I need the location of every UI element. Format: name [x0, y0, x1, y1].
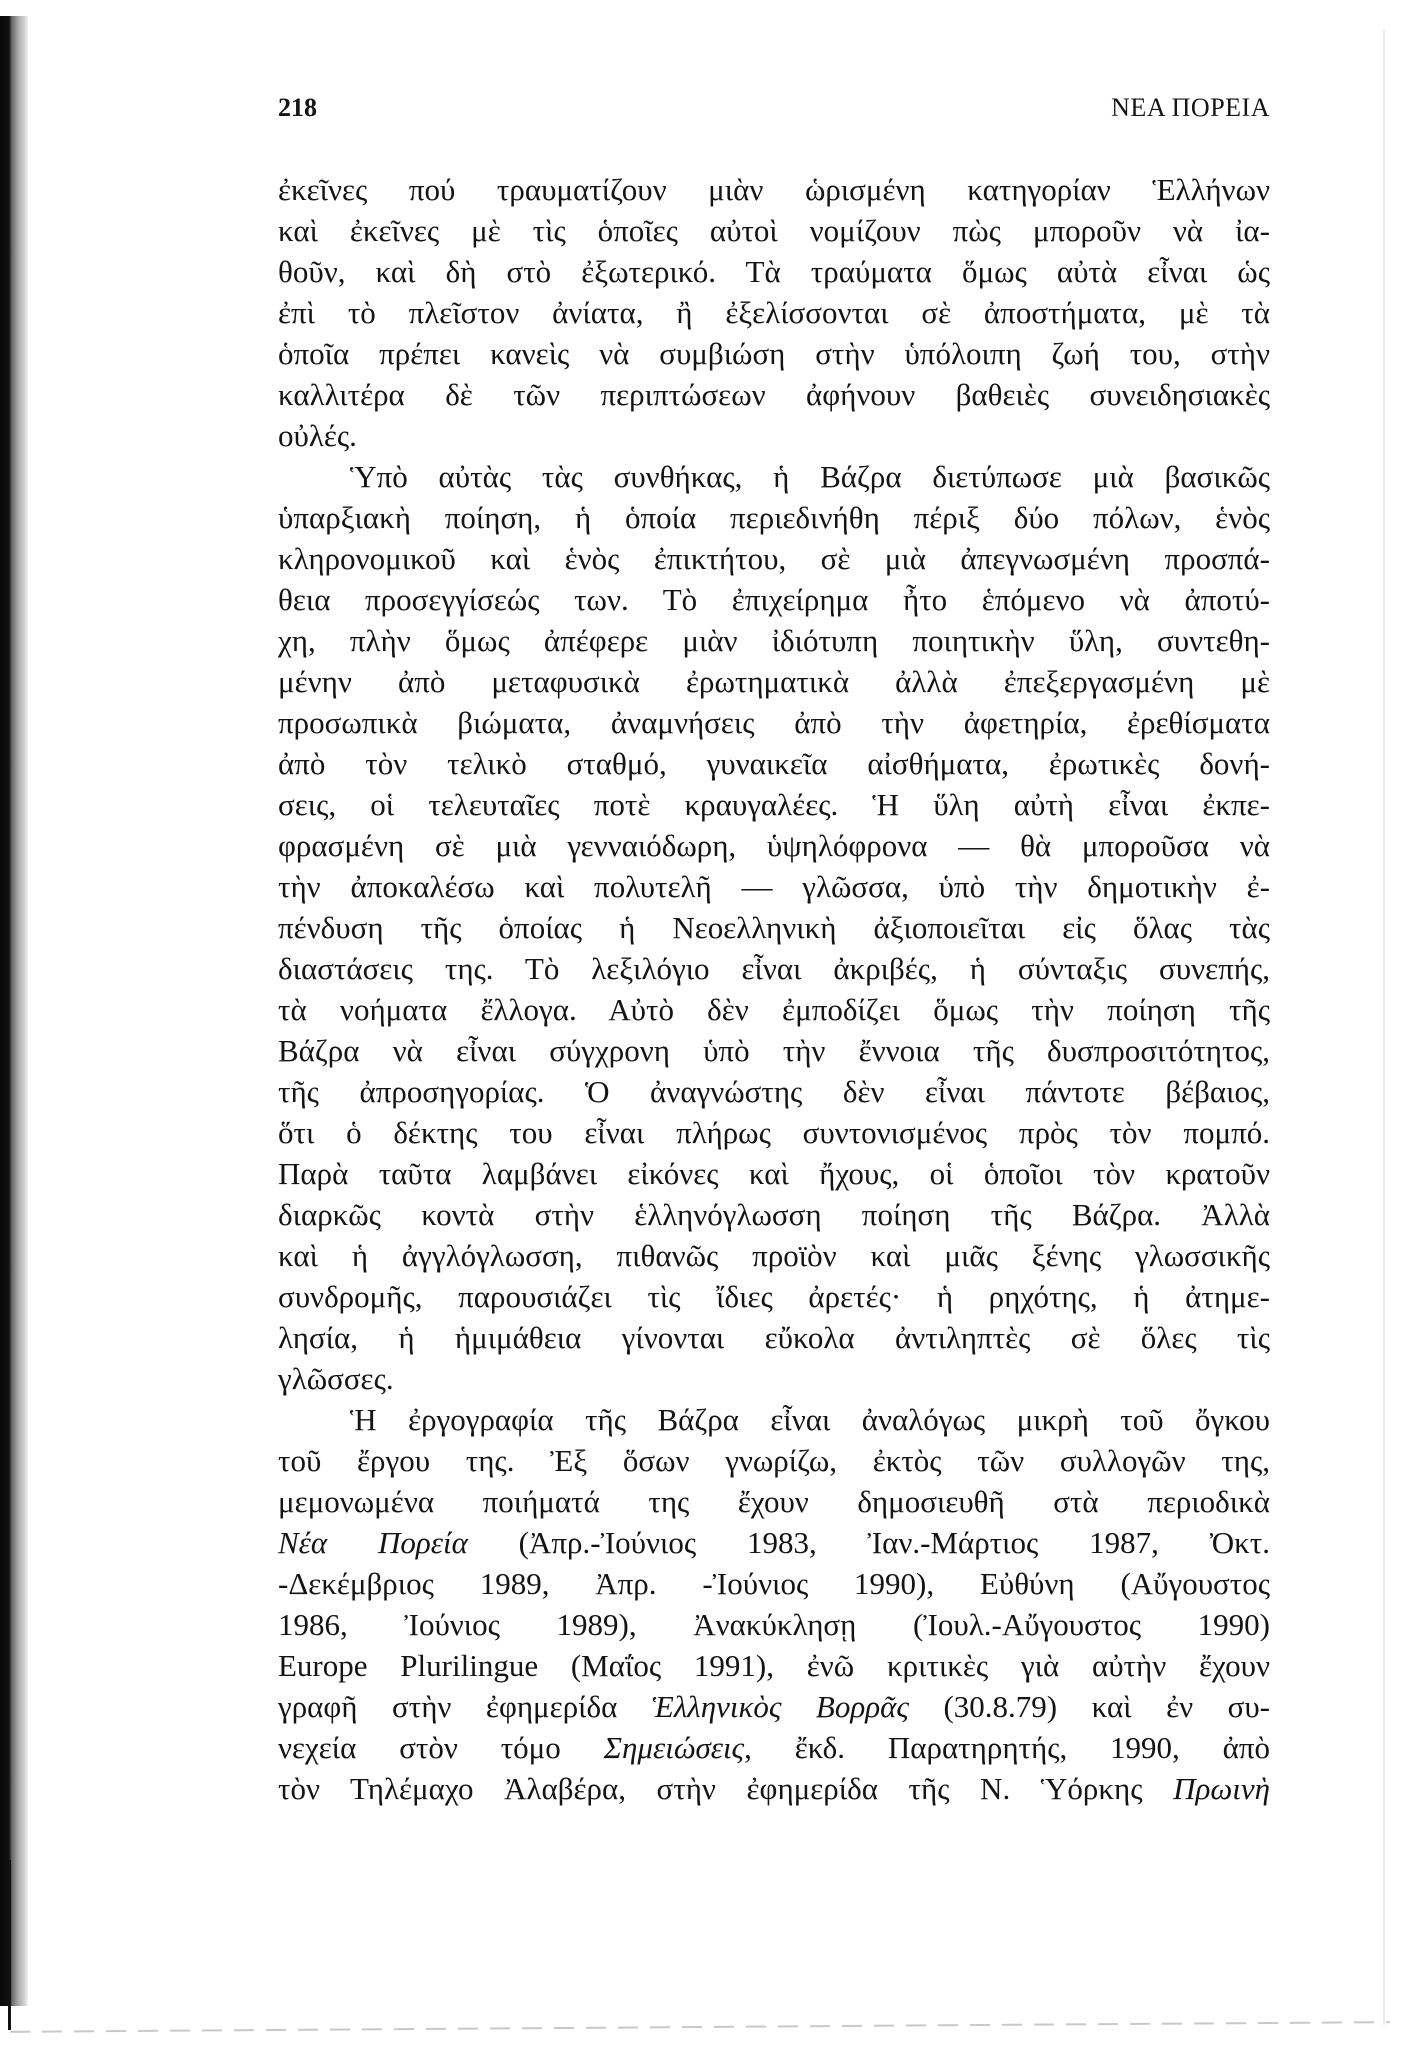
text-line: Παρὰ ταῦτα λαμβάνει εἰκόνες καὶ ἤχους, ο… — [278, 1153, 1270, 1194]
text-line: Βάζρα νὰ εἶναι σύγχρονη ὑπὸ τὴν ἔννοια τ… — [278, 1030, 1270, 1071]
text-line: Ἡ ἐργογραφία τῆς Βάζρα εἶναι ἀναλόγως μι… — [278, 1399, 1270, 1440]
text-line: ὑπαρξιακὴ ποίηση, ἡ ὁποία περιεδινήθη πέ… — [278, 497, 1270, 538]
scan-binding-edge — [8, 1860, 11, 2030]
text-line: διαστάσεις της. Τὸ λεξιλόγιο εἶναι ἀκριβ… — [278, 948, 1270, 989]
scan-top-margin — [0, 0, 1408, 16]
text-line: νεχεία στὸν τόμο Σημειώσεις, ἔκδ. Παρατη… — [278, 1727, 1270, 1768]
text-line: τὴν ἀποκαλέσω καὶ πολυτελῆ — γλῶσσα, ὑπὸ… — [278, 866, 1270, 907]
text-line: τὰ νοήματα ἔλλογα. Αὐτὸ δὲν ἐμποδίζει ὅμ… — [278, 989, 1270, 1030]
text-line: Ὑπὸ αὐτὰς τὰς συνθήκας, ἡ Βάζρα διετύπωσ… — [278, 456, 1270, 497]
text-line: προσωπικὰ βιώματα, ἀναμνήσεις ἀπὸ τὴν ἀφ… — [278, 702, 1270, 743]
text-line: ἀπὸ τὸν τελικὸ σταθμό, γυναικεῖα αἰσθήμα… — [278, 743, 1270, 784]
italic-title: Πρωινὴ — [1173, 1771, 1270, 1806]
text-line: σεις, οἱ τελευταῖες ποτὲ κραυγαλέες. Ἡ ὕ… — [278, 784, 1270, 825]
text-line: χη, πλὴν ὅμως ἀπέφερε μιὰν ἰδιότυπη ποιη… — [278, 620, 1270, 661]
italic-title: Ἑλληνικὸς Βορρᾶς — [652, 1689, 909, 1724]
text-line: γραφῆ στὴν ἐφημερίδα Ἑλληνικὸς Βορρᾶς (3… — [278, 1686, 1270, 1727]
text-line: ἐπὶ τὸ πλεῖστον ἀνίατα, ἢ ἐξελίσσονται σ… — [278, 292, 1270, 333]
text-line: καὶ ἡ ἀγγλόγλωσση, πιθανῶς προϊὸν καὶ μι… — [278, 1235, 1270, 1276]
italic-title: Σημειώσεις — [604, 1730, 745, 1765]
text-line: 1986, Ἰούνιος 1989), Ἀνακύκλησῃ (Ἰουλ.-Α… — [278, 1604, 1270, 1645]
italic-title: Νέα Πορεία — [278, 1525, 468, 1560]
running-head: 218 ΝΕΑ ΠΟΡΕΙΑ — [278, 88, 1270, 128]
text-line: κληρονομικοῦ καὶ ἑνὸς ἐπικτήτου, σὲ μιὰ … — [278, 538, 1270, 579]
text-line: γλῶσσες. — [278, 1358, 1270, 1399]
scan-page-edge-right — [1383, 30, 1385, 2025]
running-title: ΝΕΑ ΠΟΡΕΙΑ — [1111, 88, 1270, 128]
text-line: θεια προσεγγίσεώς των. Τὸ ἐπιχείρημα ἦτο… — [278, 579, 1270, 620]
text-line: τοῦ ἔργου της. Ἐξ ὅσων γνωρίζω, ἐκτὸς τῶ… — [278, 1440, 1270, 1481]
text-line: συνδρομῆς, παρουσιάζει τὶς ἴδιες ἀρετές·… — [278, 1276, 1270, 1317]
text-line: οὐλές. — [278, 415, 1270, 456]
scan-page-edge-bottom — [10, 2021, 1390, 2033]
body-text: ἐκεῖνες πού τραυματίζουν μιὰν ὡρισμένη κ… — [278, 169, 1270, 1809]
page-number: 218 — [278, 88, 317, 128]
text-line: λησία, ἡ ἡμιμάθεια γίνονται εὔκολα ἀντιλ… — [278, 1317, 1270, 1358]
text-line: καλλιτέρα δὲ τῶν περιπτώσεων ἀφήνουν βαθ… — [278, 374, 1270, 415]
text-line: τῆς ἀπροσηγορίας. Ὁ ἀναγνώστης δὲν εἶναι… — [278, 1071, 1270, 1112]
text-line: ὅτι ὁ δέκτης του εἶναι πλήρως συντονισμέ… — [278, 1112, 1270, 1153]
text-line: Europe Plurilingue (Μαΐος 1991), ἐνῶ κρι… — [278, 1645, 1270, 1686]
text-line: πένδυση τῆς ὁποίας ἡ Νεοελληνικὴ ἀξιοποι… — [278, 907, 1270, 948]
text-line: Νέα Πορεία (Ἀπρ.-Ἰούνιος 1983, Ἰαν.-Μάρτ… — [278, 1522, 1270, 1563]
text-line: τὸν Τηλέμαχο Ἀλαβέρα, στὴν ἐφημερίδα τῆς… — [278, 1768, 1270, 1809]
scan-binding-shadow — [0, 16, 28, 2006]
text-line: ὁποῖα πρέπει κανεὶς νὰ συμβιώση στὴν ὑπό… — [278, 333, 1270, 374]
text-line: -Δεκέμβριος 1989, Ἀπρ. -Ἰούνιος 1990), Ε… — [278, 1563, 1270, 1604]
text-line: μένην ἀπὸ μεταφυσικὰ ἐρωτηματικὰ ἀλλὰ ἐπ… — [278, 661, 1270, 702]
text-line: διαρκῶς κοντὰ στὴν ἑλληνόγλωσση ποίηση τ… — [278, 1194, 1270, 1235]
text-line: θοῦν, καὶ δὴ στὸ ἐξωτερικό. Τὰ τραύματα … — [278, 251, 1270, 292]
text-line: φρασμένη σὲ μιὰ γενναιόδωρη, ὑψηλόφρονα … — [278, 825, 1270, 866]
text-line: ἐκεῖνες πού τραυματίζουν μιὰν ὡρισμένη κ… — [278, 169, 1270, 210]
text-line: καὶ ἐκεῖνες μὲ τὶς ὁποῖες αὐτοὶ νομίζουν… — [278, 210, 1270, 251]
text-line: μεμονωμένα ποιήματά της ἔχουν δημοσιευθῆ… — [278, 1481, 1270, 1522]
